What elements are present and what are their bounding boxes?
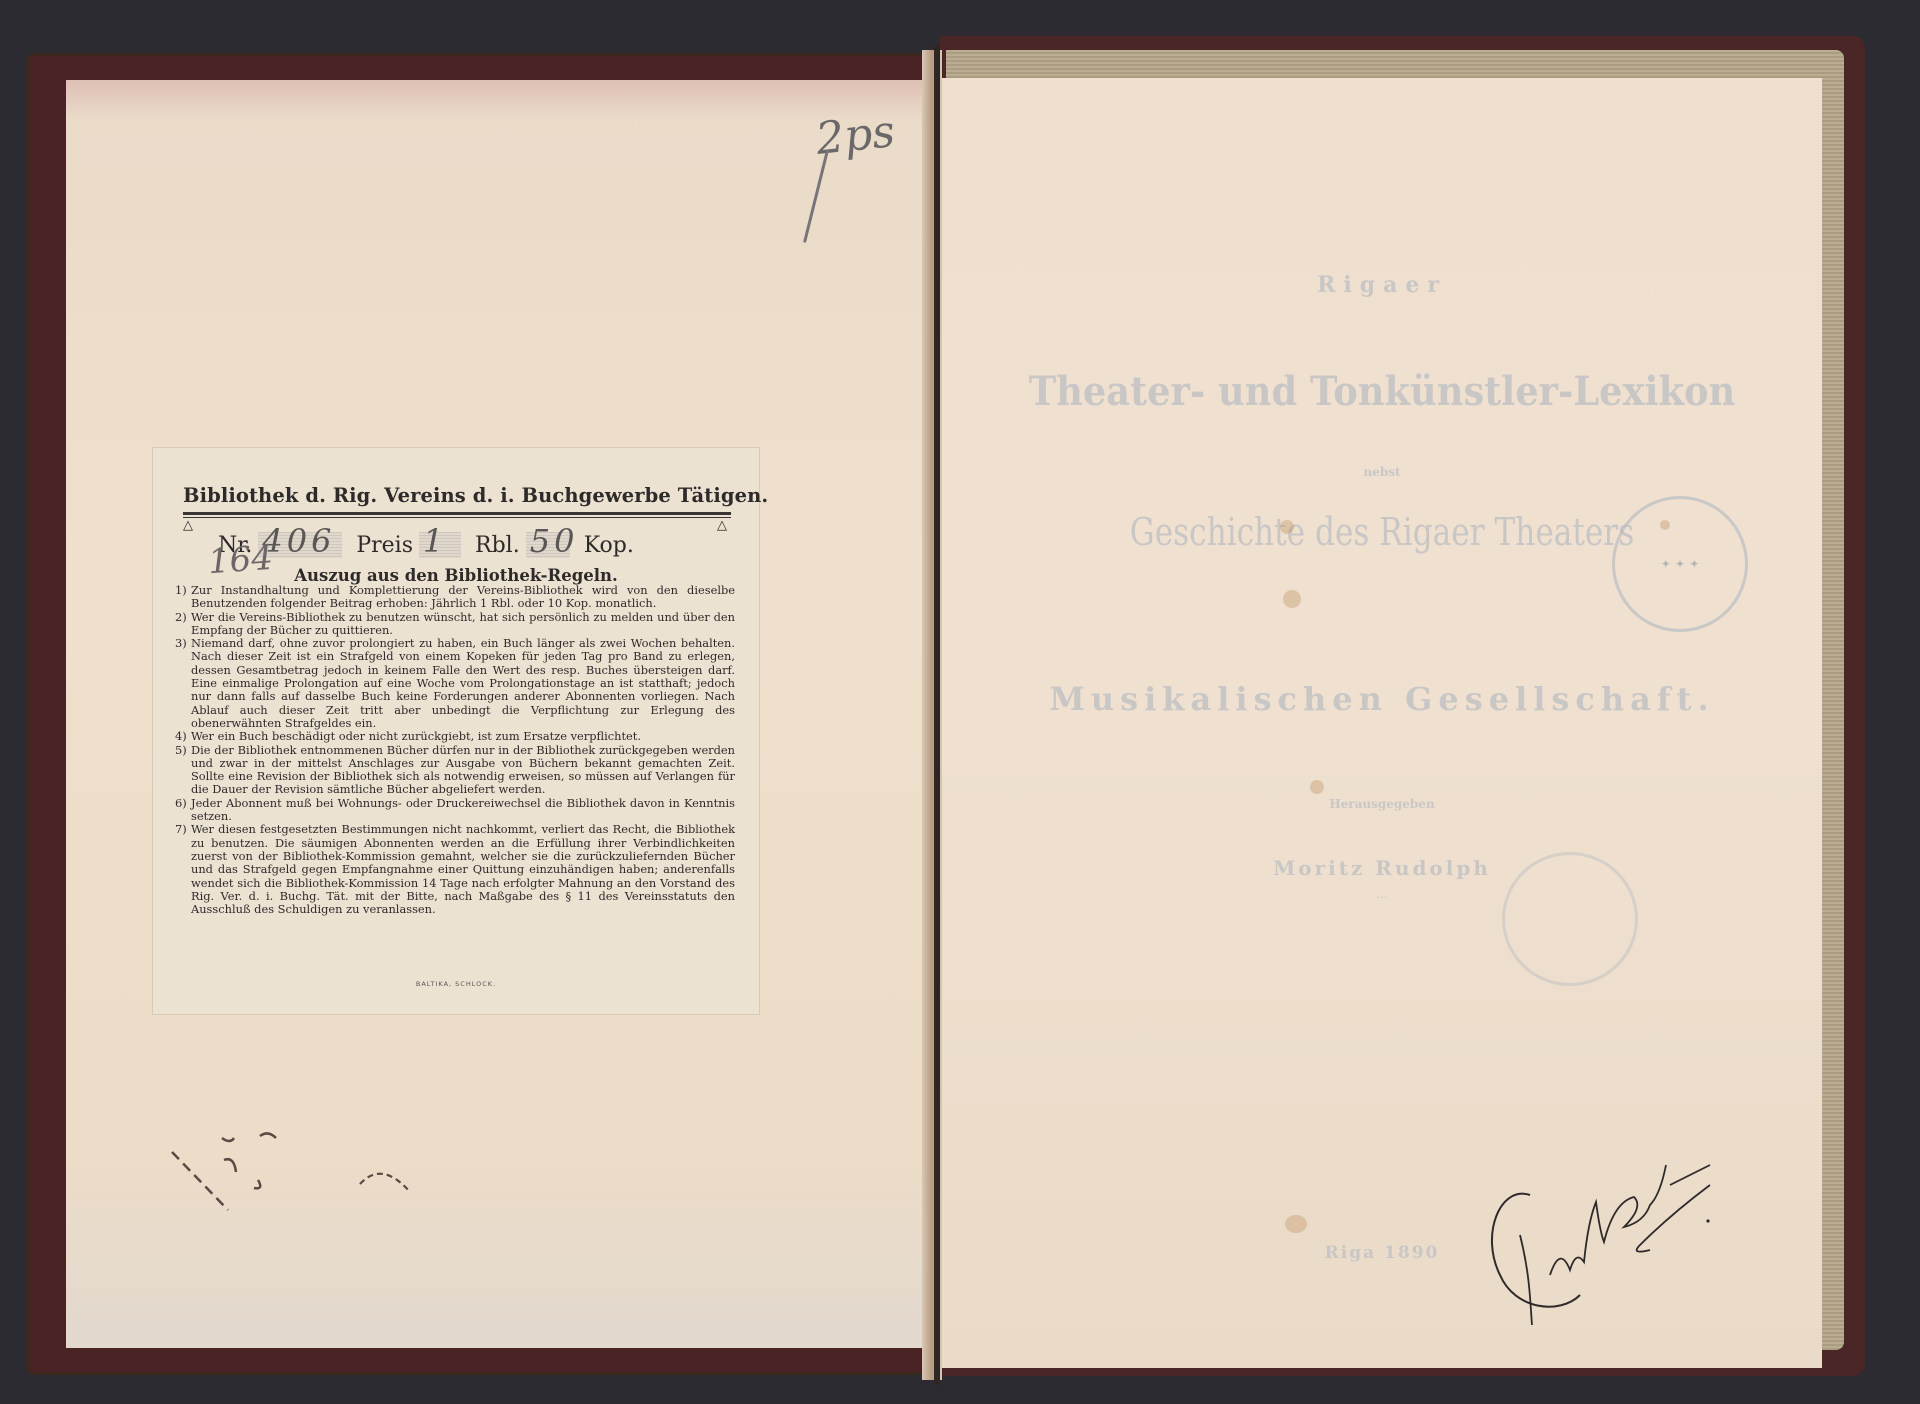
rule-item: 2) Wer die Vereins-Bibliothek zu benutze…: [175, 611, 735, 638]
field-label-rbl: Rbl.: [475, 533, 520, 558]
rule-text: Die der Bibliothek entnommenen Bücher dü…: [191, 744, 735, 797]
rules-list: 1) Zur Instandhaltung und Komplettierung…: [175, 584, 735, 916]
foxing-spot: [1283, 590, 1301, 608]
rule-number: 7): [175, 823, 191, 916]
pencil-note-margin: 164: [207, 538, 275, 582]
handwritten-nr: 406: [262, 522, 335, 560]
title-author: Moritz Rudolph: [942, 856, 1822, 880]
foxing-spot: [1285, 1215, 1307, 1233]
ink-scribble-icon: [150, 1120, 430, 1220]
rule-item: 5) Die der Bibliothek entnommenen Bücher…: [175, 744, 735, 797]
title-line-6: Herausgegeben: [942, 797, 1822, 811]
field-label-kop: Kop.: [584, 533, 634, 558]
slip-fields: Nr. 406 Preis 1 Rbl. 50 Kop.: [218, 528, 738, 562]
ink-signature-icon: [1460, 1125, 1760, 1325]
foxing-spot: [1660, 520, 1670, 530]
printer-imprint: BALTIKA, SCHLOCK.: [153, 980, 759, 988]
rule-text: Wer die Vereins-Bibliothek zu benutzen w…: [191, 611, 735, 638]
title-line-5: Musikalischen Gesellschaft.: [942, 680, 1822, 718]
title-line-1: Rigaer: [942, 272, 1822, 298]
rule-text: Wer ein Buch beschädigt oder nicht zurüc…: [191, 730, 735, 743]
title-line-3: nebst: [942, 465, 1822, 479]
rule-item: 4) Wer ein Buch beschädigt oder nicht zu…: [175, 730, 735, 743]
library-stamp-icon: [1502, 852, 1638, 986]
rule-text: Niemand darf, ohne zuvor prolongiert zu …: [191, 637, 735, 730]
field-label-preis: Preis: [356, 533, 413, 558]
rule-number: 6): [175, 797, 191, 824]
slip-header: Bibliothek d. Rig. Vereins d. i. Buchgew…: [183, 484, 731, 507]
foxing-spot: [1310, 780, 1324, 794]
rule-number: 5): [175, 744, 191, 797]
rule-number: 2): [175, 611, 191, 638]
foxing-spot: [1280, 520, 1294, 534]
triangle-icon: △: [183, 518, 193, 533]
rule-item: 1) Zur Instandhaltung und Komplettierung…: [175, 584, 735, 611]
rule-text: Wer diesen festgesetzten Bestimmungen ni…: [191, 823, 735, 916]
rule-item: 7) Wer diesen festgesetzten Bestimmungen…: [175, 823, 735, 916]
library-stamp-icon: ✦ ✦ ✦: [1612, 496, 1748, 632]
library-slip: Bibliothek d. Rig. Vereins d. i. Buchgew…: [152, 447, 760, 1015]
rule-number: 4): [175, 730, 191, 743]
slip-rule: [183, 517, 731, 518]
rule-number: 1): [175, 584, 191, 611]
rule-item: 6) Jeder Abonnent muß bei Wohnungs- oder…: [175, 797, 735, 824]
handwritten-kop: 50: [530, 522, 579, 560]
rule-number: 3): [175, 637, 191, 730]
spine-gap: [934, 45, 940, 1385]
rule-text: Jeder Abonnent muß bei Wohnungs- oder Dr…: [191, 797, 735, 824]
field-preis: 1: [419, 532, 461, 558]
rule-text: Zur Instandhaltung und Komplettierung de…: [191, 584, 735, 611]
slip-rule: [183, 512, 731, 515]
title-line-8: ...: [942, 888, 1822, 901]
title-main: Theater- und Tonkünstler-Lexikon: [977, 368, 1787, 415]
field-kop: 50: [526, 532, 570, 558]
rule-item: 3) Niemand darf, ohne zuvor prolongiert …: [175, 637, 735, 730]
handwritten-preis: 1: [423, 522, 447, 560]
